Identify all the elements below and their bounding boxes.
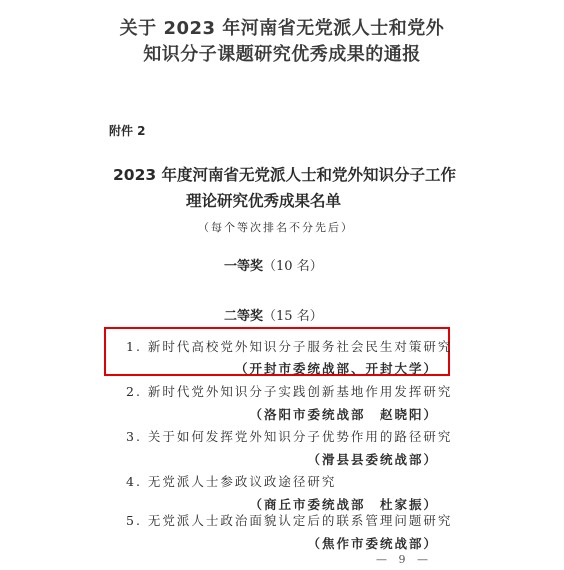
first-prize-label: 一等奖 bbox=[224, 259, 263, 274]
item-2-title: 2. 新时代党外知识分子实践创新基地作用发挥研究 bbox=[126, 382, 452, 400]
first-prize-heading: 一等奖（10 名） bbox=[224, 255, 323, 274]
attachment-label: 附件 2 bbox=[109, 122, 146, 139]
item-1-org: （开封市委统战部、开封大学） bbox=[235, 359, 438, 377]
item-3-title: 3. 关于如何发挥党外知识分子优势作用的路径研究 bbox=[126, 427, 452, 445]
notice-title-line-1: 关于 2023 年河南省无党派人士和党外 bbox=[0, 14, 564, 40]
second-prize-count: （15 名） bbox=[263, 309, 323, 324]
notice-title-line-2: 知识分子课题研究优秀成果的通报 bbox=[0, 40, 564, 66]
ranking-note: （每个等次排名不分先后） bbox=[198, 219, 354, 235]
second-prize-label: 二等奖 bbox=[224, 309, 263, 324]
second-prize-heading: 二等奖（15 名） bbox=[224, 305, 323, 324]
first-prize-count: （10 名） bbox=[263, 259, 323, 274]
item-2-org: （洛阳市委统战部 赵晓阳） bbox=[249, 405, 438, 423]
item-5-title: 5. 无党派人士政治面貌认定后的联系管理问题研究 bbox=[126, 511, 452, 529]
list-title-line-2: 理论研究优秀成果名单 bbox=[186, 189, 341, 211]
item-4-title: 4. 无党派人士参政议政途径研究 bbox=[126, 472, 336, 490]
item-1-title: 1. 新时代高校党外知识分子服务社会民生对策研究 bbox=[126, 337, 452, 355]
item-5-org: （焦作市委统战部） bbox=[307, 534, 438, 552]
page-number: — 9 — bbox=[376, 553, 432, 566]
list-title-line-1: 2023 年度河南省无党派人士和党外知识分子工作 bbox=[113, 163, 456, 185]
item-3-org: （滑县县委统战部） bbox=[307, 450, 438, 468]
